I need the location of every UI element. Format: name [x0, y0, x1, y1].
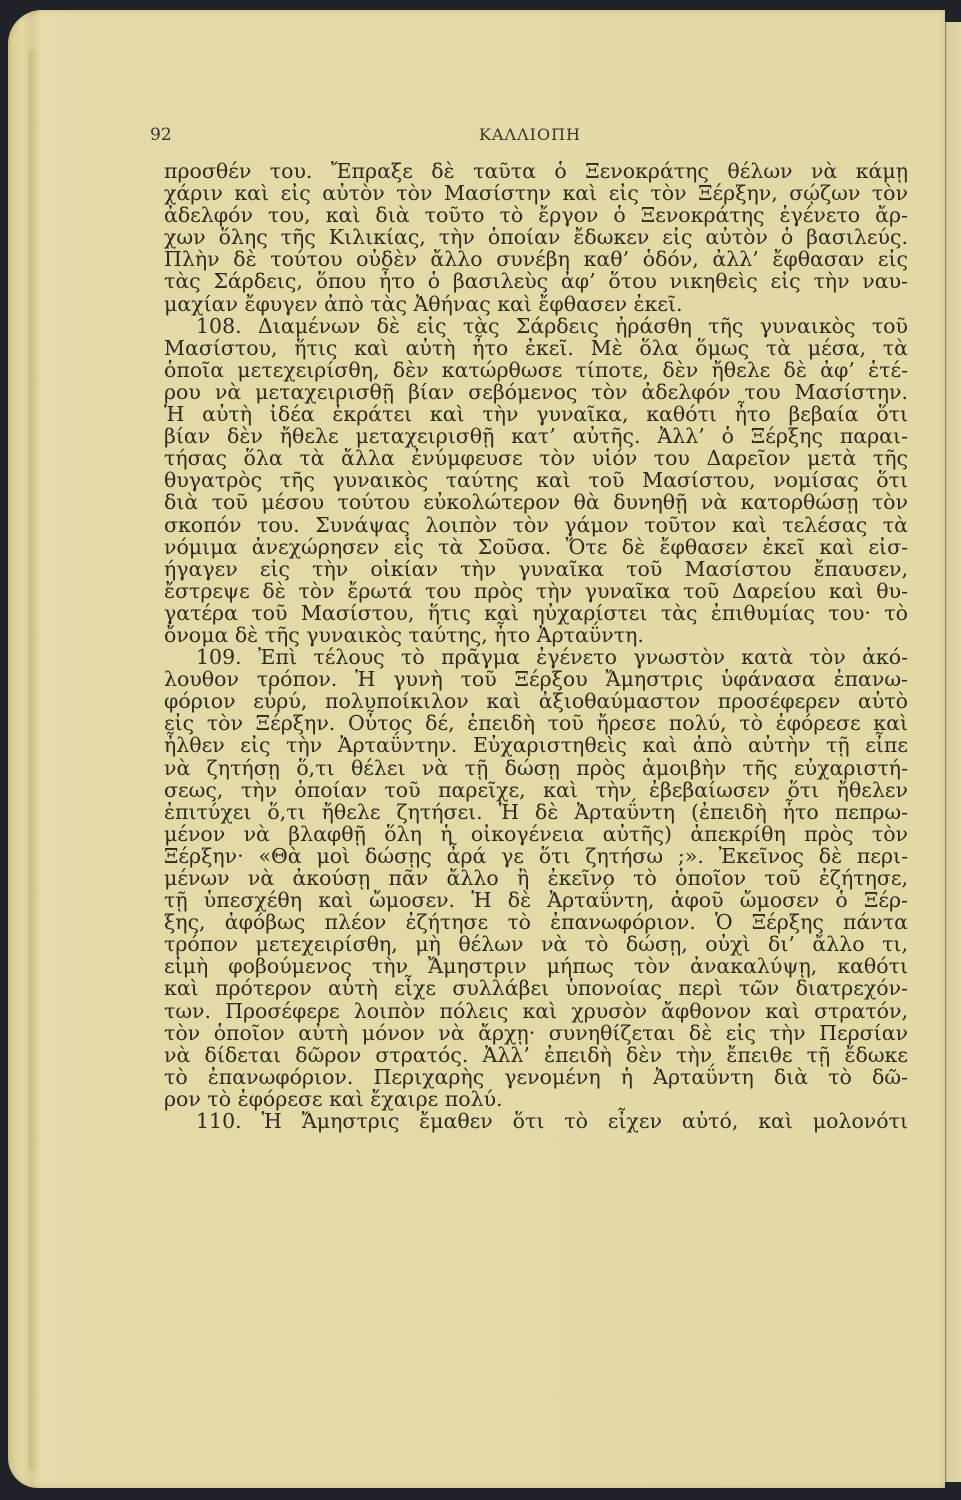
- text-line: προσθέν του. Ἔπραξε δὲ ταῦτα ὁ Ξενοκράτη…: [164, 160, 908, 182]
- text-line: νὰ ζητήσῃ ὅ,τι θέλει νὰ τῇ δώσῃ πρὸς ἀμο…: [164, 757, 908, 779]
- text-line: ὁποῖα μετεχειρίσθη, δὲν κατώρθωσε τίποτε…: [164, 359, 908, 381]
- text-line: ἔστρεψε δὲ τὸν ἔρωτά του πρὸς τὴν γυναῖκ…: [164, 580, 908, 602]
- text-line: διὰ τοῦ μέσου τούτου εὐκολώτερον θὰ δυνη…: [164, 491, 908, 513]
- text-line: ήγαγεν εἰς τὴν οἰκίαν τὴν γυναῖκα τοῦ Μα…: [164, 558, 908, 580]
- text-line: ἦλθεν εἰς τὴν Ἀρταΰντην. Εὐχαριστηθεὶς κ…: [164, 734, 908, 756]
- text-line: Μασίστου, ἥτις καὶ αὐτὴ ἦτο ἐκεῖ. Μὲ ὅλα…: [164, 337, 908, 359]
- section-108-start: 108. Διαμένων δὲ εἰς τὰς Σάρδεις ἠράσθη …: [164, 315, 908, 337]
- text-line: Ἡ αὐτὴ ἰδέα ἐκράτει καὶ τὴν γυναῖκα, καθ…: [164, 403, 908, 425]
- text-line: τὸν ὁποῖον αὐτὴ μόνον νὰ ἄρχῃ· συνηθίζετ…: [164, 1022, 908, 1044]
- text-line: τῇ ὑπεσχέθη καὶ ὤμοσεν. Ἡ δὲ Ἀρταΰντη, ἀ…: [164, 889, 908, 911]
- text-line: εἰς τὸν Ξέρξην. Οὗτος δέ, ἐπειδὴ τοῦ ἤρε…: [164, 712, 908, 734]
- section-109-start: 109. Ἐπὶ τέλους τὸ πρᾶγμα ἐγένετο γνωστὸ…: [164, 646, 908, 668]
- facing-page-edge: [945, 22, 961, 1482]
- text-line: νὰ δίδεται δῶρον στρατός. Ἀλλ’ ἐπειδὴ δὲ…: [164, 1044, 908, 1066]
- text-line: γατέρα τοῦ Μασίστου, ἥτις καὶ ηὐχαρίστει…: [164, 602, 908, 624]
- running-head: 92 ΚΑΛΛΙΟΠΗ: [150, 125, 910, 149]
- text-line: ἀδελφόν του, καὶ διὰ τοῦτο τὸ ἔργον ὁ Ξε…: [164, 204, 908, 226]
- text-line: σκοπόν του. Συνάψας λοιπὸν τὸν γάμον τοῦ…: [164, 514, 908, 536]
- text-line: ὄνομα δὲ τῆς γυναικὸς ταύτης, ἦτο Ἀρταΰν…: [164, 624, 908, 646]
- text-line: μένων νὰ ἀκούσῃ πᾶν ἄλλο ἢ ἐκεῖνο τὸ ὁπο…: [164, 867, 908, 889]
- text-line: θυγατρὸς τῆς γυναικὸς ταύτης καὶ τοῦ Μασ…: [164, 469, 908, 491]
- text-line: ρου νὰ μεταχειρισθῇ βίαν σεβόμενος τὸν ἀ…: [164, 381, 908, 403]
- text-line: χων ὅλης τῆς Κιλικίας, τὴν ὁποίαν ἔδωκεν…: [164, 226, 908, 248]
- text-line: τὸ ἐπανωφόριον. Περιχαρὴς γενομένη ἡ Ἀρτ…: [164, 1066, 908, 1088]
- text-line: των. Προσέφερε λοιπὸν πόλεις καὶ χρυσὸν …: [164, 1000, 908, 1022]
- text-line: βίαν δὲν ἤθελε μεταχειρισθῇ κατ’ αὐτῆς. …: [164, 425, 908, 447]
- text-line: μαχίαν ἔφυγεν ἀπὸ τὰς Ἀθήνας καὶ ἔφθασεν…: [164, 293, 908, 315]
- running-title: ΚΑΛΛΙΟΠΗ: [150, 125, 910, 144]
- text-line: Ξέρξην· «Θὰ μοὶ δώσῃς ἆρά γε ὅτι ζητήσω …: [164, 845, 908, 867]
- text-line: χάριν καὶ εἰς αὐτὸν τὸν Μασίστην καὶ εἰς…: [164, 182, 908, 204]
- text-line: φόριον εὐρύ, πολυποίκιλον καὶ ἀξιοθαύμασ…: [164, 690, 908, 712]
- text-line: μένον νὰ βλαφθῇ ὅλη ἡ οἰκογένεια αὐτῆς) …: [164, 823, 908, 845]
- text-line: νόμιμα ἀνεχώρησεν εἰς τὰ Σοῦσα. Ὅτε δὲ ἔ…: [164, 536, 908, 558]
- text-line: τὰς Σάρδεις, ὅπου ἦτο ὁ βασιλεὺς ἀφ’ ὅτο…: [164, 270, 908, 292]
- text-line: λουθον τρόπον. Ἡ γυνὴ τοῦ Ξέρξου Ἄμηστρι…: [164, 668, 908, 690]
- text-line: τρόπον μετεχειρίσθη, μὴ θέλων νὰ τὸ δώσῃ…: [164, 933, 908, 955]
- text-line: τήσας ὅλα τὰ ἄλλα ἐνύμφευσε τὸν υἱόν του…: [164, 447, 908, 469]
- text-line: ρον τὸ ἐφόρεσε καὶ ἔχαιρε πολύ.: [164, 1088, 908, 1110]
- text-line: ἐπιτύχει ὅ,τι ἤθελε ζητήσει. Ἡ δὲ Ἀρταΰν…: [164, 801, 908, 823]
- text-line: εἰμὴ φοβούμενος τὴν Ἄμηστριν μήπως τὸν ἀ…: [164, 955, 908, 977]
- body-text: προσθέν του. Ἔπραξε δὲ ταῦτα ὁ Ξενοκράτη…: [164, 160, 908, 1132]
- text-line: Πλὴν δὲ τούτου οὐδὲν ἄλλο συνέβη καθ’ ὁδ…: [164, 248, 908, 270]
- text-line: ξης, ἀφόβως πλέον ἐζήτησε τὸ ἐπανωφόριον…: [164, 911, 908, 933]
- text-line: καὶ πρότερον αὐτὴ εἶχε συλλάβει ὑπονοίας…: [164, 977, 908, 999]
- section-110-start: 110. Ἡ Ἄμηστρις ἔμαθεν ὅτι τὸ εἶχεν αὐτό…: [164, 1110, 908, 1132]
- text-line: σεως, τὴν ὁποίαν τοῦ παρεῖχε, καὶ τὴν ἐβ…: [164, 779, 908, 801]
